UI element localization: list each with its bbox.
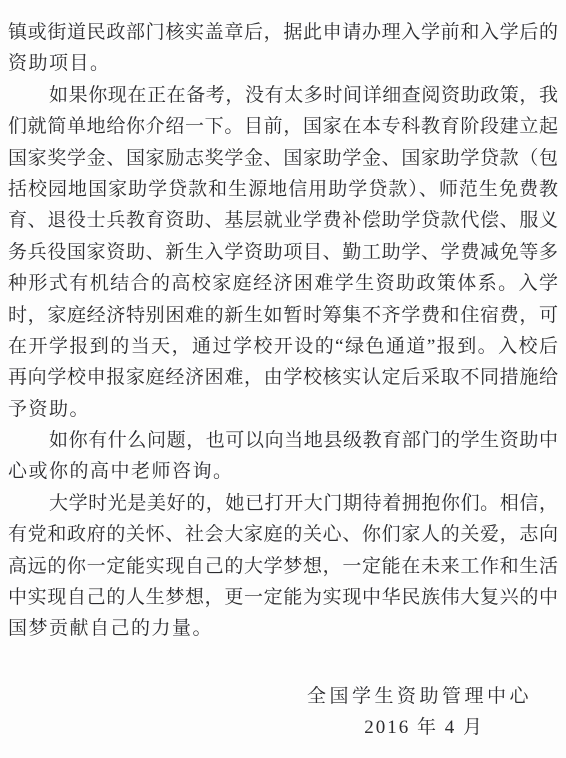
signature-org: 全国学生资助管理中心 xyxy=(8,681,558,712)
text-line: 中实现自己的人生梦想，更一定能为实现中华民族伟大复兴的中 xyxy=(8,582,558,613)
text-line: 务兵役国家资助、新生入学资助项目、勤工助学、学费减免等多 xyxy=(8,237,558,268)
text-line: 们就简单地给你介绍一下。目前，国家在本专科教育阶段建立起 xyxy=(8,111,558,142)
text-line: 有党和政府的关怀、社会大家庭的关心、你们家人的关爱，志向 xyxy=(8,519,558,550)
text-line: 心或你的高中老师咨询。 xyxy=(8,456,558,487)
document-page: 镇或街道民政部门核实盖章后，据此申请办理入学前和入学后的 资助项目。 如果你现在… xyxy=(0,0,566,758)
signature-date: 2016 年 4 月 xyxy=(8,712,558,743)
text-line: 国家奖学金、国家励志奖学金、国家助学金、国家助学贷款（包 xyxy=(8,143,558,174)
text-line: 高远的你一定能实现自己的大学梦想，一定能在未来工作和生活 xyxy=(8,551,558,582)
text-line: 育、退役士兵教育资助、基层就业学费补偿助学贷款代偿、服义 xyxy=(8,205,558,236)
text-line: 如果你现在正在备考，没有太多时间详细查阅资助政策，我 xyxy=(8,80,558,111)
text-line: 国梦贡献自己的力量。 xyxy=(8,613,558,644)
text-line: 再向学校申报家庭经济困难，由学校核实认定后采取不同措施给 xyxy=(8,362,558,393)
text-line: 如你有什么问题，也可以向当地县级教育部门的学生资助中 xyxy=(8,425,558,456)
text-line: 括校园地国家助学贷款和生源地信用助学贷款）、师范生免费教 xyxy=(8,174,558,205)
text-line: 种形式有机结合的高校家庭经济困难学生资助政策体系。入学 xyxy=(8,268,558,299)
text-line: 在开学报到的当天，通过学校开设的“绿色通道”报到。入校后 xyxy=(8,331,558,362)
text-line: 予资助。 xyxy=(8,394,558,425)
text-line: 时，家庭经济特别困难的新生如暂时筹集不齐学费和住宿费，可 xyxy=(8,300,558,331)
text-line: 资助项目。 xyxy=(8,48,558,79)
signature-block: 全国学生资助管理中心 2016 年 4 月 xyxy=(8,681,558,744)
text-line: 大学时光是美好的，她已打开大门期待着拥抱你们。相信， xyxy=(8,488,558,519)
text-line: 镇或街道民政部门核实盖章后，据此申请办理入学前和入学后的 xyxy=(8,17,558,48)
